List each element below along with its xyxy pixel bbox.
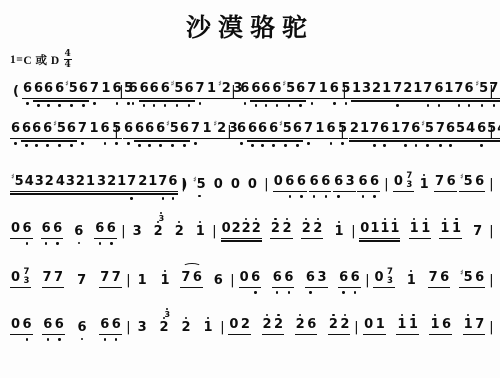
note-digit: 1 <box>452 222 461 236</box>
barline: | <box>385 177 389 192</box>
note: 6 <box>285 175 294 189</box>
note: 7 <box>370 122 379 136</box>
beam-group: 1 <box>203 321 214 335</box>
note: 6 <box>112 318 121 332</box>
note-digit: 6 <box>22 122 31 136</box>
note: 6 <box>237 122 246 136</box>
barline: | <box>355 320 359 335</box>
measure: 6666♯5671♯23 <box>124 82 231 99</box>
note: 1 <box>319 82 328 96</box>
octave-dot-below <box>14 142 16 144</box>
note: 6 <box>22 122 31 136</box>
note-digit: 1 <box>148 175 157 189</box>
note: 1 <box>413 82 422 96</box>
barline: | <box>121 224 125 239</box>
note-digit: 6 <box>42 222 51 236</box>
beam-group: 1321 <box>351 82 392 99</box>
beam-group: ♯5432 <box>10 175 55 192</box>
note: 2 <box>372 82 381 96</box>
beam-group: 6♯56 <box>155 122 190 139</box>
octave-dot-below <box>58 144 60 146</box>
note: 6 <box>240 82 249 96</box>
beam-group: 66 <box>99 318 122 335</box>
octave-dot-below <box>493 104 495 106</box>
barline: | <box>490 224 494 239</box>
octave-dot-below <box>58 104 60 106</box>
system-6: 0666666|33221|02222622|01111617| <box>6 318 494 335</box>
octave-dot-below <box>110 242 112 244</box>
octave-dot-below <box>162 197 164 199</box>
note-digit: 7 <box>423 82 432 96</box>
note-digit: 6 <box>321 175 330 189</box>
octave-dot-below <box>188 104 190 106</box>
note: 6 <box>156 122 165 136</box>
note-digit: 6 <box>135 122 144 136</box>
beam-group: 32 <box>159 321 170 335</box>
octave-dot-below <box>130 197 132 199</box>
beam-group: 7654 <box>435 122 476 139</box>
rest: 0 <box>222 222 231 236</box>
note-digit: 7 <box>429 271 438 285</box>
note-digit: 6 <box>464 82 473 96</box>
note-digit: 6 <box>32 122 41 136</box>
octave-dot-above <box>266 314 268 316</box>
sharp-note: ♯5 <box>460 175 473 189</box>
note: 6 <box>351 271 360 285</box>
note: 1 <box>397 318 406 332</box>
grace-note: 3 <box>159 215 165 223</box>
note-digit: 6 <box>180 122 189 136</box>
note-digit: 5 <box>425 122 434 136</box>
note-digit: 6 <box>440 271 449 285</box>
note: 1 <box>148 175 157 189</box>
note: 32 <box>154 225 163 239</box>
octave-dot-above <box>344 314 346 316</box>
rest: 0 <box>240 271 249 285</box>
note-digit: 1 <box>352 82 361 96</box>
note: 6 <box>43 122 52 136</box>
octave-dot-above <box>274 218 276 220</box>
note: 3 <box>317 271 326 285</box>
barline: | <box>230 273 234 288</box>
note: 6 <box>23 318 32 332</box>
octave-dot-below <box>138 144 140 146</box>
octave-dot-below <box>26 102 28 104</box>
note-digit: 1 <box>407 274 416 288</box>
note: 1 <box>380 222 389 236</box>
octave-dot-above <box>410 270 412 272</box>
barline: | <box>182 177 186 192</box>
note-digit: 6 <box>214 274 223 288</box>
note: 1 <box>352 82 361 96</box>
note: 2 <box>76 175 85 189</box>
note-digit: 6 <box>339 271 348 285</box>
note-digit: 6 <box>237 122 246 136</box>
rest: 0 <box>248 178 257 192</box>
note: 1 <box>207 82 216 96</box>
note: 6 <box>261 82 270 96</box>
octave-dot-below <box>132 102 134 104</box>
beam-group: 6 <box>10 122 21 139</box>
beam-group: 1 <box>137 274 148 288</box>
note-digit: 6 <box>446 122 455 136</box>
beam-group: 7217 <box>392 82 433 99</box>
note-digit: 2 <box>217 122 226 136</box>
octave-dot-below <box>251 144 253 146</box>
beam-group: 77 <box>42 271 65 288</box>
note: 7 <box>90 82 99 96</box>
note-digit: 0 <box>214 178 223 192</box>
note-digit: 5 <box>197 178 206 192</box>
octave-dot-below <box>199 102 201 104</box>
note-digit: 7 <box>112 271 121 285</box>
octave-dot-above <box>434 314 436 316</box>
beam-group: 66 <box>42 318 65 335</box>
measure: 11766 <box>131 271 230 288</box>
note-digit: 1 <box>397 318 406 332</box>
note-digit: 6 <box>156 122 165 136</box>
note: 7 <box>100 271 109 285</box>
note-digit: 7 <box>307 82 316 96</box>
octave-dot-below <box>272 144 274 146</box>
beam-group: 65 <box>325 122 348 139</box>
note: 6 <box>442 318 451 332</box>
note-digit: 1 <box>390 222 399 236</box>
note-digit: 0 <box>222 222 231 236</box>
note: 5 <box>456 122 465 136</box>
note-digit: 6 <box>240 82 249 96</box>
note-digit: 5 <box>464 175 473 189</box>
note: 6 <box>140 82 149 96</box>
note-digit: 6 <box>330 82 339 96</box>
note: 1 <box>444 82 453 96</box>
octave-dot-above <box>207 317 209 319</box>
measure: 2176176♯576546543 <box>345 122 489 139</box>
note: 6 <box>464 82 473 96</box>
measure: ♯5432432132172176) <box>6 175 181 192</box>
note: 7 <box>43 271 52 285</box>
system-1: (6666♯567165|6666♯5671♯23|6666♯567165|13… <box>6 82 494 99</box>
sharp-note: ♯5 <box>460 271 473 285</box>
octave-dot-above <box>412 314 414 316</box>
note-digit: 6 <box>272 82 281 96</box>
note-digit: 1 <box>440 222 449 236</box>
note: 6 <box>273 271 282 285</box>
note: 2 <box>182 321 191 335</box>
note-digit: 1 <box>138 274 147 288</box>
beam-group: 66 <box>338 271 361 288</box>
note: 1 <box>101 82 110 96</box>
note: 7 <box>423 82 432 96</box>
octave-dot-above <box>444 218 446 220</box>
note-digit: 0 <box>240 271 249 285</box>
octave-dot-below <box>194 142 196 144</box>
note-digit: 6 <box>258 122 267 136</box>
note-digit: 7 <box>475 318 484 332</box>
note: 6 <box>23 82 32 96</box>
note: 6 <box>251 271 260 285</box>
note: 6 <box>296 82 305 96</box>
note: 6 <box>380 122 389 136</box>
rest: 0 <box>11 271 20 285</box>
octave-dot-below <box>426 144 428 146</box>
rest: 0 <box>364 318 373 332</box>
beam-group: 01 <box>363 318 386 335</box>
octave-dot-below <box>26 242 28 244</box>
note: 6 <box>184 82 193 96</box>
note-digit: 1 <box>117 175 126 189</box>
note-digit: 6 <box>43 318 52 332</box>
grace-note: 3 <box>165 311 171 319</box>
octave-dot-above <box>455 218 457 220</box>
octave-dot-below <box>261 144 263 146</box>
note: 2 <box>45 175 54 189</box>
note-digit: 2 <box>329 318 338 332</box>
note: 6 <box>447 175 456 189</box>
note-digit: 7 <box>370 122 379 136</box>
note-digit: 1 <box>196 225 205 239</box>
beam-group: 073 <box>373 268 394 288</box>
octave-dot-below <box>276 104 278 106</box>
note: 6 <box>248 122 257 136</box>
note-digit: 7 <box>77 274 86 288</box>
note: 6 <box>310 175 319 189</box>
measure: 6666♯5671♯23 <box>119 122 227 139</box>
note-digit: 2 <box>263 318 272 332</box>
beam-group: 1 <box>195 225 206 239</box>
note: 6 <box>326 122 335 136</box>
octave-dot-below <box>58 338 60 340</box>
beam-group: 71 <box>77 122 100 139</box>
octave-dot-above <box>394 218 396 220</box>
octave-dot-below <box>337 195 339 197</box>
beam-group: 2176 <box>349 122 390 139</box>
note: 7 <box>196 82 205 96</box>
octave-dot-below <box>373 195 375 197</box>
note: 6 <box>293 122 302 136</box>
note-digit: 6 <box>307 318 316 332</box>
note-digit: 2 <box>313 222 322 236</box>
beam-group: 66 <box>309 175 332 192</box>
octave-dot-below <box>439 144 441 146</box>
note-digit: 2 <box>252 222 261 236</box>
grace-lower: 3 <box>24 277 30 286</box>
beam-group: 1 <box>406 274 417 288</box>
note: 7 <box>158 175 167 189</box>
note: 6 <box>411 122 420 136</box>
octave-dot-above <box>299 314 301 316</box>
beam-group: 0111 <box>359 222 400 239</box>
octave-dot-below <box>296 144 298 146</box>
system-5: 07377777|11766|06666366|073176♯56| <box>6 268 494 288</box>
octave-dot-below <box>176 104 178 106</box>
note-digit: 1 <box>207 82 216 96</box>
system-2: 6666♯567165|6666♯5671♯23|6666♯567165|217… <box>6 122 494 139</box>
note: 1 <box>391 122 400 136</box>
note-digit: 1 <box>101 82 110 96</box>
beam-group: 0 <box>247 178 258 192</box>
note-digit: 1 <box>410 222 419 236</box>
note: 1 <box>440 222 449 236</box>
note: 2 <box>138 175 147 189</box>
note: 7 <box>181 271 190 285</box>
note-digit: 6 <box>326 122 335 136</box>
octave-dot-below <box>81 338 83 340</box>
beam-group: 22 <box>328 318 351 335</box>
note: 6 <box>23 222 32 236</box>
octave-dot-below <box>342 291 344 293</box>
octave-dot-above <box>338 221 340 223</box>
beam-group: 6 <box>123 122 134 139</box>
beam-group: 6 <box>239 82 250 99</box>
note: 6 <box>214 274 223 288</box>
octave-dot-below <box>480 144 482 146</box>
note-digit: 5 <box>286 82 295 96</box>
beam-group: 073 <box>393 172 414 192</box>
note-digit: 6 <box>53 222 62 236</box>
measure: 33221 <box>126 225 212 239</box>
beam-group: 65 <box>329 82 352 99</box>
note-digit: 6 <box>23 318 32 332</box>
octave-dot-below <box>244 102 246 104</box>
beam-group: 66 <box>21 122 42 139</box>
note: 2 <box>329 318 338 332</box>
barline: | <box>343 84 347 99</box>
note-digit: 6 <box>273 271 282 285</box>
note-digit: 7 <box>191 122 200 136</box>
octave-dot-below <box>104 142 106 144</box>
grace-note: 73 <box>23 268 31 285</box>
note: 7 <box>401 122 410 136</box>
octave-dot-above <box>413 218 415 220</box>
note-digit: 6 <box>475 175 484 189</box>
note-digit: 6 <box>310 175 319 189</box>
note: 1 <box>390 222 399 236</box>
note: 6 <box>67 122 76 136</box>
note: 32 <box>160 321 169 335</box>
note-digit: 0 <box>360 222 369 236</box>
note: 1 <box>452 222 461 236</box>
octave-dot-below <box>159 144 161 146</box>
note-digit: 7 <box>100 271 109 285</box>
note-digit: 2 <box>232 222 241 236</box>
note: 6 <box>101 122 110 136</box>
note: 6 <box>79 82 88 96</box>
note-digit: 6 <box>161 82 170 96</box>
note-digit: 4 <box>25 175 34 189</box>
barline: | <box>490 177 494 192</box>
beam-group: 6 <box>22 82 33 99</box>
note-digit: 2 <box>76 175 85 189</box>
beam-group: 6♯56 <box>268 122 303 139</box>
note: 6 <box>100 318 109 332</box>
note-digit: 3 <box>317 271 326 285</box>
note-digit: 2 <box>138 175 147 189</box>
barline: | <box>264 177 268 192</box>
note-digit: 2 <box>154 225 163 239</box>
note-digit: 6 <box>475 271 484 285</box>
beam-group: 66 <box>41 222 64 239</box>
note-digit: 6 <box>434 82 443 96</box>
rest: 0 <box>214 178 223 192</box>
octave-dot-below <box>153 104 155 106</box>
note: 1 <box>138 274 147 288</box>
octave-dot-below <box>333 102 335 104</box>
note-digit: 1 <box>204 321 213 335</box>
beam-group: ( <box>12 85 20 99</box>
note-digit: 6 <box>261 82 270 96</box>
note-digit: 6 <box>145 122 154 136</box>
beam-group: 1 <box>419 178 430 192</box>
note-digit: 5 <box>283 122 292 136</box>
note: 1 <box>409 318 418 332</box>
octave-dot-above <box>185 317 187 319</box>
octave-dot-above <box>164 270 166 272</box>
note: 3 <box>35 175 44 189</box>
note-digit: 2 <box>271 222 280 236</box>
note: 7 <box>436 122 445 136</box>
note: 2 <box>252 222 261 236</box>
beam-group: 06 <box>239 271 262 288</box>
note: 1 <box>430 318 439 332</box>
note-digit: 0 <box>11 271 20 285</box>
note: 1 <box>160 274 169 288</box>
beam-group: 6176 <box>433 82 474 99</box>
barline: | <box>115 124 119 139</box>
note-digit: 6 <box>79 82 88 96</box>
note: 6 <box>42 222 51 236</box>
note: 7 <box>454 82 463 96</box>
octave-dot-above <box>199 221 201 223</box>
beam-group: 6543 <box>476 122 500 139</box>
beam-group: 7 <box>76 274 87 288</box>
note: 2 <box>313 222 322 236</box>
note: 6 <box>193 271 202 285</box>
note-digit: 2 <box>340 318 349 332</box>
note-digit: 6 <box>129 82 138 96</box>
note: 6 <box>44 82 53 96</box>
note-digit: 6 <box>293 122 302 136</box>
note-digit: 1 <box>421 222 430 236</box>
note-digit: 0 <box>364 318 373 332</box>
note: 1 <box>360 122 369 136</box>
note-digit: 1 <box>444 82 453 96</box>
note: 6 <box>258 122 267 136</box>
note: 2 <box>296 318 305 332</box>
note-digit: 6 <box>100 318 109 332</box>
rest: 0 <box>231 178 240 192</box>
beam-group: 76 <box>434 175 457 192</box>
note-digit: 0 <box>394 175 403 189</box>
note-digit: 6 <box>284 271 293 285</box>
note: 7 <box>112 271 121 285</box>
measure: 066666366 <box>269 175 384 192</box>
paren-glyph: ( <box>13 85 19 99</box>
beam-group: 71 <box>303 122 326 139</box>
octave-dot-above <box>332 314 334 316</box>
note-digit: 1 <box>376 318 385 332</box>
note-digit: 6 <box>74 225 83 239</box>
beam-group: 3217 <box>96 175 137 192</box>
note: 7 <box>429 271 438 285</box>
note: 7 <box>77 274 86 288</box>
note-digit: 5 <box>479 82 488 96</box>
octave-dot-below <box>313 195 315 197</box>
sharp-note: ♯5 <box>282 82 295 96</box>
beam-group: 2 <box>174 225 185 239</box>
barline: | <box>351 224 355 239</box>
beam-group: 6 <box>236 122 247 139</box>
